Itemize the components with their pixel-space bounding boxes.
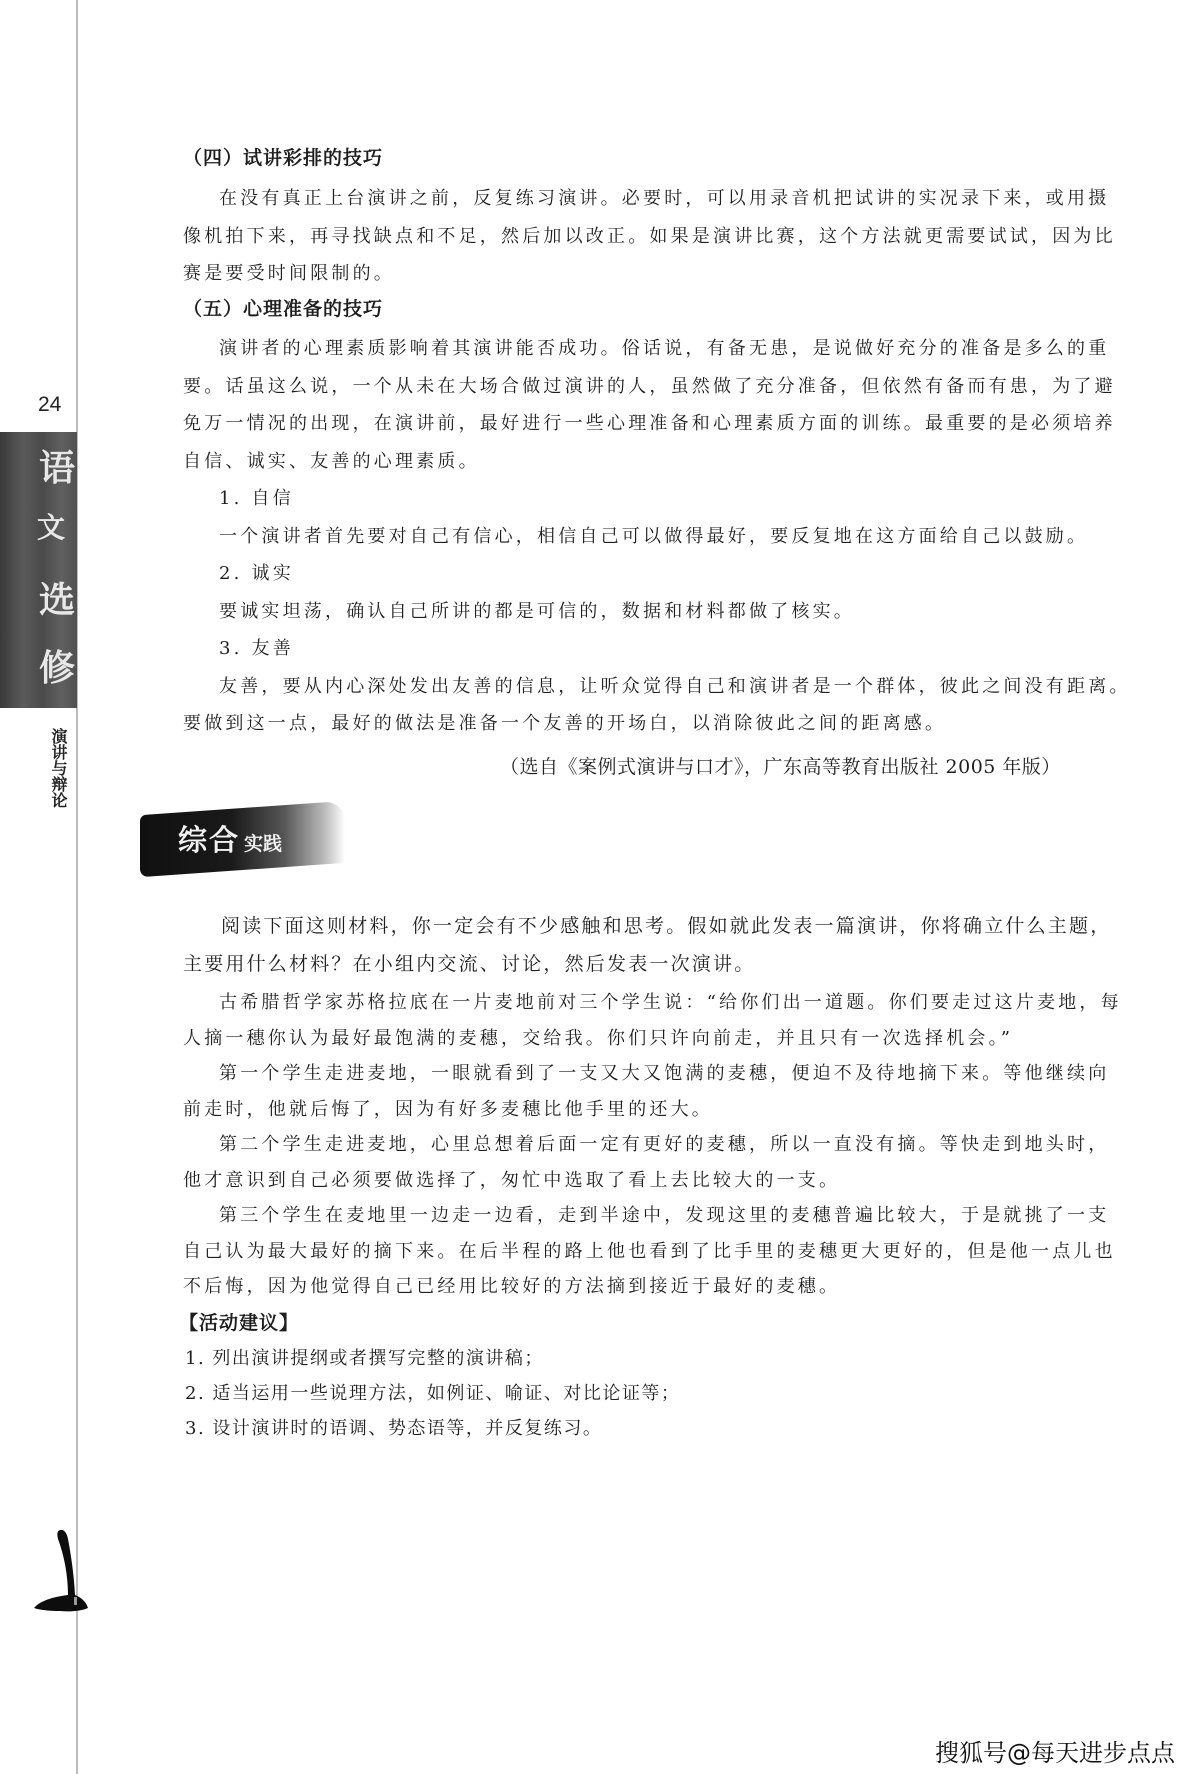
text-line: 古希腊哲学家苏格拉底在一片麦地前对三个学生说：“给你们出一道题。你们要走过这片麦… xyxy=(183,985,1153,1021)
paragraph: 在没有真正上台演讲之前，反复练习演讲。必要时，可以用录音机把试讲的实况录下来，或… xyxy=(183,180,1153,293)
activity-list: 1. 列出演讲提纲或者撰写完整的演讲稿； 2. 适当运用一些说理方法，如例证、喻… xyxy=(183,1341,1153,1446)
text-line: 主要用什么材料？在小组内交流、讨论，然后发表一次演讲。 xyxy=(183,946,1153,984)
text-line: 自己认为最大最好的摘下来。在后半程的路上他也看到了比手里的麦穗更大更好的，但是他… xyxy=(183,1234,1153,1270)
text-line: 人摘一穗你认为最好最饱满的麦穗，交给我。你们只许向前走，并且只有一次选择机会。” xyxy=(183,1021,1153,1057)
text-line: 第三个学生在麦地里一边走一边看，走到半途中，发现这里的麦穗普遍比较大，于是就挑了… xyxy=(183,1198,1153,1234)
side-subtitle: 演讲与辩论 xyxy=(48,728,68,808)
text-line: 友善，要从内心深处发出友善的信息，让听众觉得自己和演讲者是一个群体，彼此之间没有… xyxy=(183,668,1153,706)
activity-item: 3. 设计演讲时的语调、势态语等，并反复练习。 xyxy=(183,1411,1153,1446)
text-line: 免万一情况的出现，在演讲前，最好进行一些心理准备和心理素质方面的训练。最重要的是… xyxy=(183,405,1153,443)
section-5: （五）心理准备的技巧 演讲者的心理素质影响着其演讲能否成功。俗话说，有备无患，是… xyxy=(183,294,1153,743)
practice-section: 阅读下面这则材料，你一定会有不少感触和思考。假如就此发表一篇演讲，你将确立什么主… xyxy=(183,908,1153,1446)
text-line: 一个演讲者首先要对自己有信心，相信自己可以做得最好，要反复地在这方面给自己以鼓励… xyxy=(183,518,1153,556)
text-line: 要做到这一点，最好的做法是准备一个友善的开场白，以消除彼此之间的距离感。 xyxy=(183,705,1153,743)
margin-rule xyxy=(76,0,78,1774)
banner-big-text: 综合 xyxy=(178,823,240,857)
side-band-char: 文 xyxy=(37,514,65,542)
section-4: （四）试讲彩排的技巧 在没有真正上台演讲之前，反复练习演讲。必要时，可以用录音机… xyxy=(183,143,1153,293)
watermark: 搜狐号@每天进步点点 xyxy=(935,1733,1175,1768)
side-band-char: 语 xyxy=(39,450,75,486)
activity-item: 1. 列出演讲提纲或者撰写完整的演讲稿； xyxy=(183,1341,1153,1376)
text-line: 演讲者的心理素质影响着其演讲能否成功。俗话说，有备无患，是说做好充分的准备是多么… xyxy=(183,330,1153,368)
brush-pedestal-icon xyxy=(30,1525,110,1635)
intro-paragraph: 阅读下面这则材料，你一定会有不少感触和思考。假如就此发表一篇演讲，你将确立什么主… xyxy=(183,908,1153,983)
side-band-char: 选 xyxy=(39,582,75,618)
side-band-char: 修 xyxy=(39,650,75,686)
side-band-title: 语 文 选 修 xyxy=(0,432,77,708)
text-line: 前走时，他就后悔了，因为有好多麦穗比他手里的还大。 xyxy=(183,1092,1153,1128)
page-number: 24 xyxy=(38,393,61,417)
section-heading: （四）试讲彩排的技巧 xyxy=(183,143,1153,180)
text-line: 不后悔，因为他觉得自己已经用比较好的方法摘到接近于最好的麦穗。 xyxy=(183,1269,1153,1305)
section-heading: （五）心理准备的技巧 xyxy=(183,294,1153,330)
text-line: 他才意识到自己必须要做选择了，匆忙中选取了看上去比较大的一支。 xyxy=(183,1163,1153,1199)
text-line: 第一个学生走进麦地，一眼就看到了一支又大又饱满的麦穗，便迫不及待地摘下来。等他继… xyxy=(183,1056,1153,1092)
item-title: 2. 诚实 xyxy=(183,555,1153,593)
story: 古希腊哲学家苏格拉底在一片麦地前对三个学生说：“给你们出一道题。你们要走过这片麦… xyxy=(183,985,1153,1305)
activity-heading: 【活动建议】 xyxy=(179,1305,1153,1341)
source-citation: （选自《案例式演讲与口才》，广东高等教育出版社 2005 年版） xyxy=(500,752,1061,779)
banner-small-text: 实践 xyxy=(244,833,282,855)
text-line: 像机拍下来，再寻找缺点和不足，然后加以改正。如果是演讲比赛，这个方法就更需要试试… xyxy=(183,218,1153,256)
practice-banner-title: 综合实践 xyxy=(178,818,282,859)
text-line: 要。话虽这么说，一个从未在大场合做过演讲的人，虽然做了充分准备，但依然有备而有患… xyxy=(183,368,1153,406)
item-title: 1. 自信 xyxy=(183,480,1153,518)
activity-item: 2. 适当运用一些说理方法，如例证、喻证、对比论证等； xyxy=(183,1376,1153,1411)
text-line: 第二个学生走进麦地，心里总想着后面一定有更好的麦穗，所以一直没有摘。等快走到地头… xyxy=(183,1127,1153,1163)
item-title: 3. 友善 xyxy=(183,630,1153,668)
text-line: 阅读下面这则材料，你一定会有不少感触和思考。假如就此发表一篇演讲，你将确立什么主… xyxy=(183,908,1153,946)
text-line: 自信、诚实、友善的心理素质。 xyxy=(183,443,1153,481)
text-line: 要诚实坦荡，确认自己所讲的都是可信的，数据和材料都做了核实。 xyxy=(183,593,1153,631)
text-line: 在没有真正上台演讲之前，反复练习演讲。必要时，可以用录音机把试讲的实况录下来，或… xyxy=(183,180,1153,218)
text-line: 赛是要受时间限制的。 xyxy=(183,255,1153,293)
paragraph: 演讲者的心理素质影响着其演讲能否成功。俗话说，有备无患，是说做好充分的准备是多么… xyxy=(183,330,1153,743)
